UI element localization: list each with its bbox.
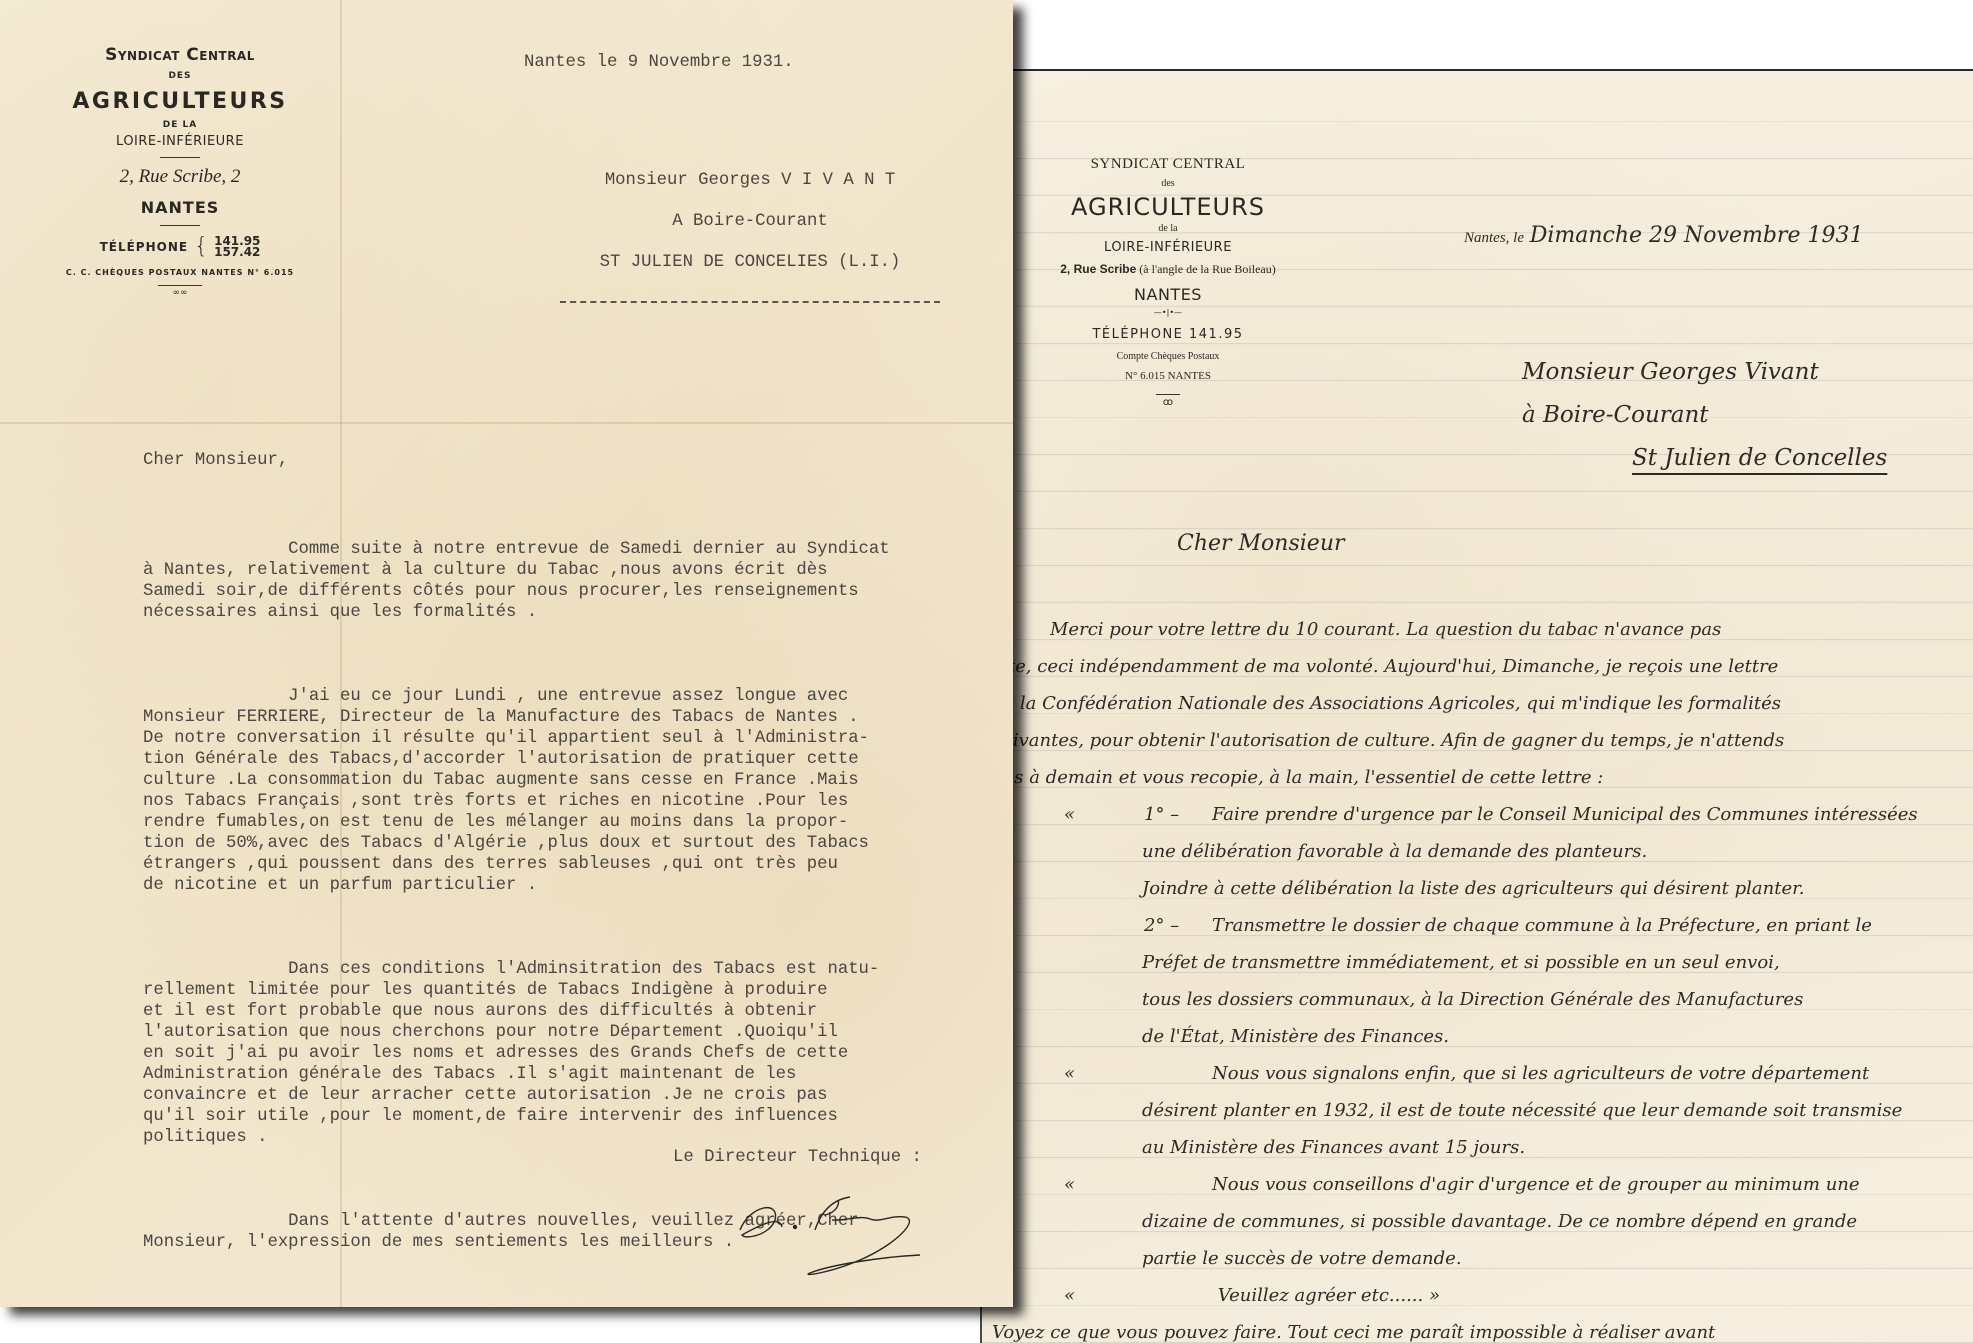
salutation: Cher Monsieur [1177,531,1345,556]
letterhead-des: DES [40,71,320,81]
line-text: de l'État, Ministère des Finances. [1142,1026,1449,1047]
telephone-label: TÉLÉPHONE [100,240,189,254]
line-text: de la Confédération Nationale des Associ… [992,693,1781,714]
recipient-address: Monsieur Georges V I V A N T A Boire-Cou… [540,170,960,303]
letterhead-des: des [1018,178,1318,189]
handwritten-line: pas à demain et vous recopie, à la main,… [992,759,1972,796]
quote-mark: « [992,1055,1144,1092]
letterhead-de-la: de la [1018,223,1318,234]
item-number: 1° – [1144,796,1212,833]
letter-body: Merci pour votre lettre du 10 courant. L… [992,611,1972,1343]
paragraph: J'ai eu ce jour Lundi , une entrevue ass… [143,686,1003,896]
letterhead-right: SYNDICAT CENTRAL des AGRICULTEURS de la … [1018,156,1318,408]
handwritten-line: Voyez ce que vous pouvez faire. Tout cec… [992,1314,1972,1343]
handwritten-line: «Nous vous conseillons d'agir d'urgence … [992,1166,1972,1203]
handwritten-line: Préfet de transmettre immédiatement, et … [992,944,1972,981]
letterhead-city: NANTES [40,198,320,217]
divider [160,225,200,226]
line-text: Transmettre le dossier de chaque commune… [1212,915,1872,936]
handwritten-line: une délibération favorable à la demande … [992,833,1972,870]
recipient-town: St Julien de Concelles [1522,437,1887,480]
paragraph: Dans ces conditions l'Adminsitration des… [143,959,1003,1148]
letterhead-de-la: DE LA [40,120,320,130]
line-text: Veuillez agréer etc...... » [1212,1285,1440,1306]
handwritten-line: désirent planter en 1932, il est de tout… [992,1092,1972,1129]
letterhead-region: LOIRE-INFÉRIEURE [1018,240,1318,255]
handwritten-letter-page: SYNDICAT CENTRAL des AGRICULTEURS de la … [980,69,1973,1343]
line-text: suivantes, pour obtenir l'autorisation d… [992,730,1784,751]
recipient-name: Monsieur Georges Vivant [1522,351,1887,394]
line-text: Joindre à cette délibération la liste de… [1142,878,1804,899]
letterhead-city: NANTES [1018,285,1318,304]
letterhead-region: LOIRE-INFÉRIEURE [40,134,320,149]
letterhead-telephone: TÉLÉPHONE { 141.95 157.42 [40,236,320,258]
letterhead-address: 2, Rue Scribe (à l'angle de la Rue Boile… [1018,262,1318,277]
letterhead-left: Syndicat Central DES AGRICULTEURS DE LA … [40,45,320,298]
recipient-address: Monsieur Georges Vivant à Boire-Courant … [1522,351,1887,480]
line-text: une délibération favorable à la demande … [1142,841,1647,862]
letterhead-syndicat: SYNDICAT CENTRAL [1018,156,1318,173]
letterhead-syndicat: Syndicat Central [40,45,320,65]
handwritten-line: au Ministère des Finances avant 15 jours… [992,1129,1972,1166]
handwritten-line: Joindre à cette délibération la liste de… [992,870,1972,907]
salutation: Cher Monsieur, [143,450,288,471]
handwritten-line: tous les dossiers communaux, à la Direct… [992,981,1972,1018]
recipient-locality: A Boire-Courant [540,211,960,252]
line-text: partie le succès de votre demande. [1142,1248,1462,1269]
line-text: tous les dossiers communaux, à la Direct… [1142,989,1803,1010]
brace-icon: { [194,236,208,258]
line-text: pas à demain et vous recopie, à la main,… [992,767,1603,788]
letterhead-agriculteurs: AGRICULTEURS [40,89,320,114]
quote-mark: « [992,1166,1144,1203]
divider [160,157,200,158]
signature-icon [720,1185,950,1285]
flourish-icon: ∞∞ [40,288,320,298]
handwritten-line: vite, ceci indépendamment de ma volonté.… [992,648,1972,685]
quote-mark: « [992,796,1144,833]
date-handwritten: Dimanche 29 Novembre 1931 [1530,223,1864,248]
divider [1156,394,1180,395]
handwritten-line: «1° –Faire prendre d'urgence par le Cons… [992,796,1972,833]
date-place: Nantes, le [1464,230,1524,246]
line-text: Nous vous signalons enfin, que si les ag… [1212,1063,1869,1084]
letterhead-cheques-label: Compte Chèques Postaux [1018,351,1318,362]
line-text: dizaine de communes, si possible davanta… [1142,1211,1857,1232]
letter-date: Nantes le 9 Novembre 1931. [524,52,794,73]
line-text: vite, ceci indépendamment de ma volonté.… [992,656,1778,677]
line-text: Préfet de transmettre immédiatement, et … [1142,952,1780,973]
handwritten-line: «Nous vous signalons enfin, que si les a… [992,1055,1972,1092]
divider [158,285,202,286]
closing-title: Le Directeur Technique : [673,1147,922,1168]
recipient-locality: à Boire-Courant [1522,394,1887,437]
recipient-town: ST JULIEN DE CONCELIES (L.I.) [540,252,960,293]
letterhead-address: 2, Rue Scribe, 2 [40,166,320,188]
recipient-name: Monsieur Georges V I V A N T [540,170,960,211]
handwritten-line: Merci pour votre lettre du 10 courant. L… [992,611,1972,648]
ornament-icon: —•|•— [1018,308,1318,317]
handwritten-line: dizaine de communes, si possible davanta… [992,1203,1972,1240]
line-text: Faire prendre d'urgence par le Conseil M… [1212,804,1918,825]
line-text: Nous vous conseillons d'agir d'urgence e… [1212,1174,1860,1195]
handwritten-line: de l'État, Ministère des Finances. [992,1018,1972,1055]
line-text: au Ministère des Finances avant 15 jours… [1142,1137,1525,1158]
quote-mark: « [992,1277,1144,1314]
telephone-number: 157.42 [214,247,260,258]
letterhead-agriculteurs: AGRICULTEURS [1018,193,1318,221]
line-text: Merci pour votre lettre du 10 courant. L… [1050,619,1721,640]
flourish-icon: ꝏ [1018,397,1318,408]
item-number: 2° – [1144,907,1212,944]
handwritten-line: de la Confédération Nationale des Associ… [992,685,1972,722]
address-street: 2, Rue Scribe [1060,262,1136,276]
letterhead-cheques: C. C. CHÈQUES POSTAUX NANTES N° 6.015 [40,268,320,277]
paragraph: Comme suite à notre entrevue de Samedi d… [143,539,1003,623]
handwritten-line: suivantes, pour obtenir l'autorisation d… [992,722,1972,759]
letterhead-cheques-number: N° 6.015 NANTES [1018,370,1318,382]
handwritten-line: partie le succès de votre demande. [992,1240,1972,1277]
address-corner: (à l'angle de la Rue Boileau) [1136,262,1275,276]
typed-letter-page: Syndicat Central DES AGRICULTEURS DE LA … [0,0,1013,1307]
dashed-underline [560,293,940,303]
handwritten-line: 2° –Transmettre le dossier de chaque com… [992,907,1972,944]
telephone-numbers: 141.95 157.42 [214,236,260,258]
fold-line [0,422,1013,424]
letter-date: Nantes, le Dimanche 29 Novembre 1931 [1464,223,1863,248]
letterhead-telephone: TÉLÉPHONE 141.95 [1018,327,1318,342]
line-text: Voyez ce que vous pouvez faire. Tout cec… [992,1322,1715,1343]
handwritten-line: « Veuillez agréer etc...... » [992,1277,1972,1314]
line-text: désirent planter en 1932, il est de tout… [1142,1100,1902,1121]
